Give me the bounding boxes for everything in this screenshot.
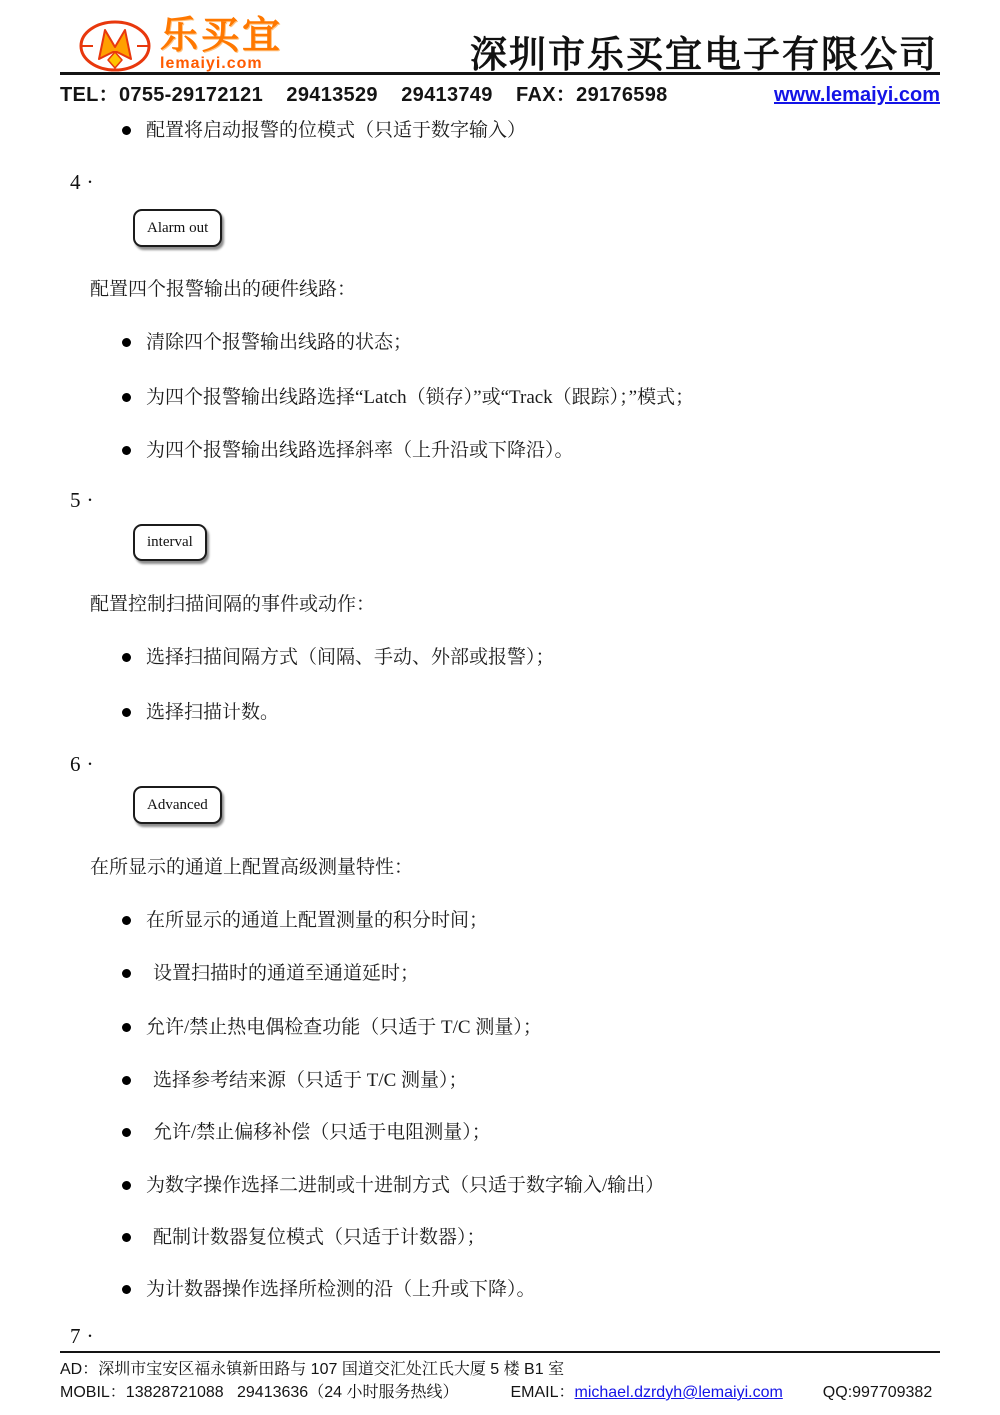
bullet-item: 选择扫描计数。	[122, 700, 279, 726]
logo-text-block: 乐买宜 lemaiyi.com	[160, 18, 283, 73]
bullet-item: 允许/禁止偏移补偿（只适于电阻测量）；	[122, 1120, 491, 1146]
bullet-dot-icon	[122, 916, 131, 925]
footer-address: AD：深圳市宝安区福永镇新田路与 107 国道交汇处江氏大厦 5 楼 B1 室	[60, 1356, 564, 1379]
brand-name: 乐买宜	[160, 18, 283, 54]
section-number: 7·	[70, 1324, 100, 1349]
bullet-item: 选择扫描间隔方式（间隔、手动、外部或报警）；	[122, 645, 555, 671]
bullet-dot-icon	[122, 969, 131, 978]
bullet-dot-icon	[122, 1233, 131, 1242]
section-number: 6·	[70, 752, 100, 777]
section-lead: 配置控制扫描间隔的事件或动作：	[90, 592, 375, 618]
bullet-dot-icon	[122, 393, 131, 402]
tel-fax-line: TEL：0755-29172121 29413529 29413749 FAX：…	[60, 78, 668, 107]
website-link[interactable]: www.lemaiyi.com	[774, 84, 940, 107]
bullet-dot-icon	[122, 1285, 131, 1294]
bullet-dot-icon	[122, 1128, 131, 1137]
alarm-out-button[interactable]: Alarm out	[133, 209, 222, 247]
brand-domain: lemaiyi.com	[160, 55, 283, 73]
interval-button[interactable]: interval	[133, 524, 207, 561]
bullet-item: 为数字操作选择二进制或十进制方式（只适于数字输入/输出）	[122, 1173, 664, 1199]
company-name: 深圳市乐买宜电子有限公司	[470, 24, 938, 78]
bullet-item: 允许/禁止热电偶检查功能（只适于 T/C 测量）；	[122, 1015, 542, 1041]
bullet-dot-icon	[122, 338, 131, 347]
bullet-item: 清除四个报警输出线路的状态；	[122, 330, 412, 356]
company-logo: 乐买宜 lemaiyi.com	[78, 18, 283, 73]
bullet-dot-icon	[122, 1181, 131, 1190]
bullet-item: 设置扫描时的通道至通道延时；	[122, 961, 419, 987]
bullet-dot-icon	[122, 126, 131, 135]
footer-email-label: EMAIL：	[510, 1379, 574, 1402]
section-lead: 配置四个报警输出的硬件线路：	[90, 277, 356, 303]
bullet-dot-icon	[122, 1023, 131, 1032]
bullet-dot-icon	[122, 708, 131, 717]
contact-row: TEL：0755-29172121 29413529 29413749 FAX：…	[60, 78, 940, 107]
advanced-button[interactable]: Advanced	[133, 786, 222, 824]
footer-divider	[60, 1351, 940, 1353]
bullet-dot-icon	[122, 1076, 131, 1085]
lemaiyi-logo-icon	[78, 19, 152, 73]
bullet-dot-icon	[122, 446, 131, 455]
bullet-item: 配制计数器复位模式（只适于计数器）；	[122, 1225, 486, 1251]
section-number: 4·	[70, 170, 100, 195]
document-page: 乐买宜 lemaiyi.com 深圳市乐买宜电子有限公司 TEL：0755-29…	[0, 0, 1000, 1415]
bullet-dot-icon	[122, 653, 131, 662]
footer-qq: QQ:997709382	[823, 1384, 932, 1402]
bullet-item: 为四个报警输出线路选择斜率（上升沿或下降沿）。	[122, 438, 574, 464]
section-number: 5·	[70, 488, 100, 513]
bullet-item: 选择参考结来源（只适于 T/C 测量）；	[122, 1068, 468, 1094]
section-lead: 在所显示的通道上配置高级测量特性：	[90, 855, 413, 881]
footer-contact-line: MOBIL：13828721088 29413636（24 小时服务热线） EM…	[60, 1379, 940, 1402]
bullet-item: 为计数器操作选择所检测的沿（上升或下降）。	[122, 1277, 536, 1303]
header-divider	[60, 72, 940, 75]
email-link[interactable]: michael.dzrdyh@lemaiyi.com	[574, 1384, 782, 1402]
bullet-item: 在所显示的通道上配置测量的积分时间；	[122, 908, 488, 934]
bullet-item: 配置将启动报警的位模式（只适于数字输入）	[122, 118, 526, 144]
footer-mobile: MOBIL：13828721088 29413636（24 小时服务热线）	[60, 1379, 458, 1402]
bullet-item: 为四个报警输出线路选择“Latch（锁存）”或“Track（跟踪）；”模式；	[122, 385, 694, 411]
